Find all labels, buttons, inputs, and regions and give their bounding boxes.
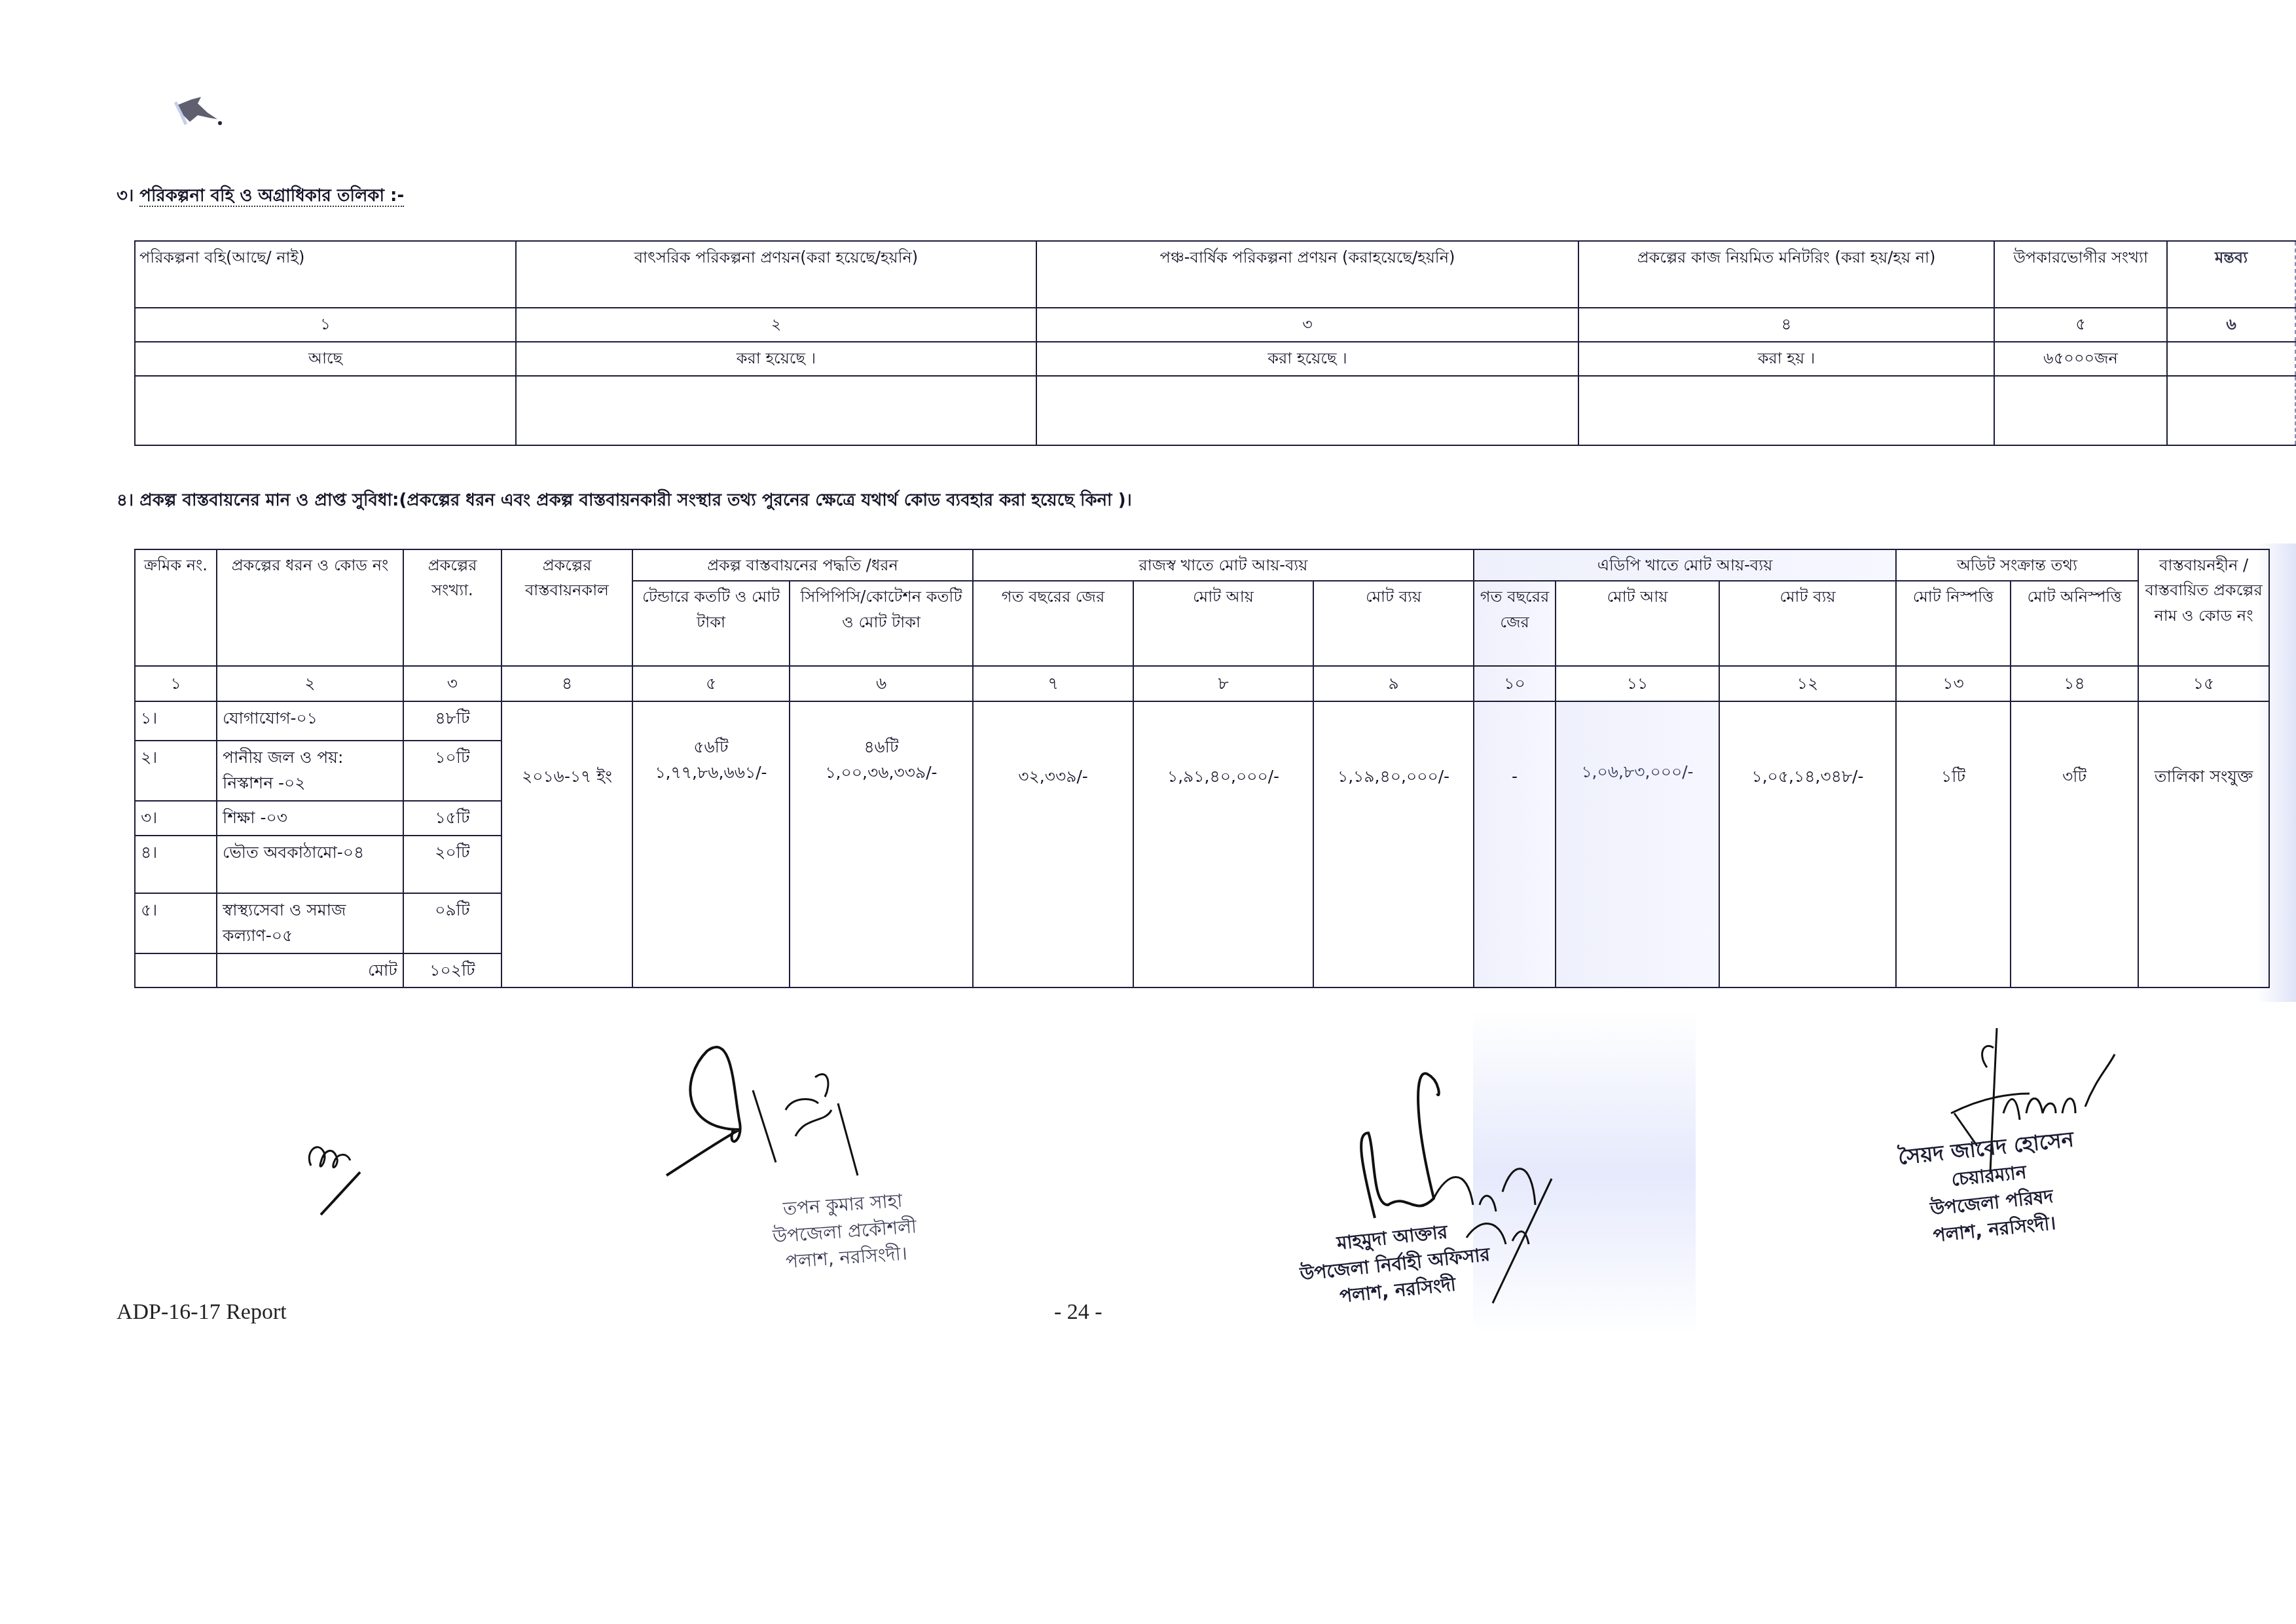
header-five-year-plan: পঞ্চ-বার্ষিক পরিকল্পনা প্রণয়ন (করাহয়েছ… — [1036, 241, 1578, 308]
value-remarks — [2167, 342, 2295, 376]
blank-cell — [135, 376, 516, 445]
header-rev-expense: মোট ব্যয় — [1313, 581, 1474, 666]
value-monitoring: করা হয় । — [1578, 342, 1994, 376]
blank-cell — [1994, 376, 2167, 445]
header-method-group: প্রকল্প বাস্তবায়নের পদ্ধতি /ধরন — [632, 549, 973, 581]
header-ppc: সিপিপিসি/কোটেশন কতটি ও মোট টাকা — [790, 581, 973, 666]
row-type-code: ভৌত অবকাঠামো-০৪ — [217, 836, 403, 893]
col-num: ১১ — [1556, 666, 1719, 701]
col-num: ৪ — [1578, 308, 1994, 342]
col-num: ৯ — [1313, 666, 1474, 701]
col-num: ৪ — [501, 666, 632, 701]
row-count: ১৫টি — [403, 801, 501, 836]
section3-number: ৩। — [117, 186, 134, 206]
ppc-value: ৪৬টি ১,০০,৩৬,৩৩৯/- — [790, 701, 973, 987]
value-planning-book: আছে — [135, 342, 516, 376]
row-serial: ৩। — [135, 801, 217, 836]
rev-prev-balance-value: ৩২,৩৩৯/- — [973, 701, 1133, 987]
engineer-signature — [661, 1038, 1002, 1191]
header-unimplemented: বাস্তবায়নহীন /বাস্তবায়িত প্রকল্পের নাম… — [2138, 549, 2269, 666]
section3-title-text: পরিকল্পনা বহি ও অগ্রাধিকার তলিকা :- — [139, 186, 404, 207]
col-num: ১ — [135, 666, 217, 701]
rev-expense-value: ১,১৯,৪০,০০০/- — [1313, 701, 1474, 987]
header-adp-income: মোট আয় — [1556, 581, 1719, 666]
header-planning-book: পরিকল্পনা বহি(আছে/ নাই) — [135, 241, 516, 308]
col-num: ৬ — [2167, 308, 2295, 342]
col-num: ৫ — [1994, 308, 2167, 342]
row-type-code: স্বাস্থ্যসেবা ও সমাজ কল্যাণ-০৫ — [217, 893, 403, 953]
footer-report-name: ADP-16-17 Report — [117, 1300, 287, 1325]
signature-scribble-icon — [661, 1038, 1002, 1189]
header-period: প্রকল্পের বাস্তবায়নকাল — [501, 549, 632, 666]
period-text: ২০১৬-১৭ ইং — [522, 767, 612, 786]
row-serial: ১। — [135, 701, 217, 741]
header-revenue-group: রাজস্ব খাতে মোট আয়-ব্যয় — [973, 549, 1474, 581]
value-five-year-plan: করা হয়েছে । — [1036, 342, 1578, 376]
table-header-row: পরিকল্পনা বহি(আছে/ নাই) বাৎসরিক পরিকল্পন… — [135, 241, 2295, 308]
tender-amount: ১,৭৭,৮৬,৬৬১/- — [638, 760, 784, 786]
col-num: ১০ — [1474, 666, 1556, 701]
row-serial: ৪। — [135, 836, 217, 893]
row-serial: ৫। — [135, 893, 217, 953]
header-beneficiaries: উপকারভোগীর সংখ্যা — [1994, 241, 2167, 308]
header-type-code: প্রকল্পের ধরন ও কোড নং — [217, 549, 403, 666]
header-tender: টেন্ডারে কতটি ও মোট টাকা — [632, 581, 790, 666]
header-audit-unsettled: মোট অনিস্পত্তি — [2011, 581, 2138, 666]
ppc-count: ৪৬টি — [795, 735, 967, 760]
col-num: ৫ — [632, 666, 790, 701]
row-type-code: যোগাযোগ-০১ — [217, 701, 403, 741]
scan-smudge-icon — [172, 93, 230, 139]
col-num: ৩ — [403, 666, 501, 701]
col-num: ১৫ — [2138, 666, 2269, 701]
table-row: ১। যোগাযোগ-০১ ৪৮টি ২০১৬-১৭ ইং ৫৬টি ১,৭৭,… — [135, 701, 2269, 741]
header-audit-group: অডিট সংক্রান্ত তথ্য — [1896, 549, 2138, 581]
value-beneficiaries: ৬৫০০০জন — [1994, 342, 2167, 376]
project-quality-table: ক্রমিক নং. প্রকল্পের ধরন ও কোড নং প্রকল্… — [134, 549, 2270, 988]
col-num: ১২ — [1719, 666, 1896, 701]
header-remarks: মন্তব্য — [2167, 241, 2295, 308]
col-num: ২ — [516, 308, 1036, 342]
col-num: ৮ — [1133, 666, 1313, 701]
blank-cell — [1578, 376, 1994, 445]
header-count: প্রকল্পের সংখ্যা. — [403, 549, 501, 666]
value-annual-plan: করা হয়েছে । — [516, 342, 1036, 376]
chairman-name-block: সৈয়দ জাবেদ হোসেন চেয়ারম্যান উপজেলা পরি… — [1897, 1124, 2084, 1251]
total-count: ১০২টি — [403, 953, 501, 988]
ppc-amount: ১,০০,৩৬,৩৩৯/- — [795, 760, 967, 786]
row-type-code: শিক্ষা -০৩ — [217, 801, 403, 836]
header-annual-plan: বাৎসরিক পরিকল্পনা প্রণয়ন(করা হয়েছে/হয়… — [516, 241, 1036, 308]
engineer-name-block: তপন কুমার সাহা উপজেলা প্রকৌশলী পলাশ, নরস… — [770, 1187, 919, 1276]
col-num: ৬ — [790, 666, 973, 701]
col-num: ৩ — [1036, 308, 1578, 342]
row-count: ৪৮টি — [403, 701, 501, 741]
header-adp-group: এডিপি খাতে মোট আয়-ব্যয় — [1474, 549, 1896, 581]
col-num: ৭ — [973, 666, 1133, 701]
period-value: ২০১৬-১৭ ইং — [501, 701, 632, 987]
col-num: ১ — [135, 308, 516, 342]
column-number-row: ১ ২ ৩ ৪ ৫ ৬ ৭ ৮ ৯ ১০ ১১ ১২ ১৩ ১৪ ১৫ — [135, 666, 2269, 701]
initial-signature — [298, 1126, 396, 1221]
unimplemented-value: তালিকা সংযুক্ত — [2138, 701, 2269, 987]
section3-title: ৩। পরিকল্পনা বহি ও অগ্রাধিকার তলিকা :- — [117, 182, 404, 211]
blank-cell — [516, 376, 1036, 445]
total-serial-blank — [135, 953, 217, 988]
row-count: ২০টি — [403, 836, 501, 893]
audit-settled-value: ১টি — [1896, 701, 2011, 987]
signature-scribble-icon — [298, 1126, 396, 1218]
row-serial: ২। — [135, 741, 217, 801]
blank-cell — [1036, 376, 1578, 445]
adp-income-value: ১,০৬,৮৩,০০০/- — [1556, 701, 1719, 987]
rev-income-value: ১,৯১,৪০,০০০/- — [1133, 701, 1313, 987]
header-monitoring: প্রকল্পের কাজ নিয়মিত মনিটরিং (করা হয়/হ… — [1578, 241, 1994, 308]
planning-book-table: পরিকল্পনা বহি(আছে/ নাই) বাৎসরিক পরিকল্পন… — [134, 240, 2296, 446]
row-count: ১০টি — [403, 741, 501, 801]
header-adp-expense: মোট ব্যয় — [1719, 581, 1896, 666]
tender-value: ৫৬টি ১,৭৭,৮৬,৬৬১/- — [632, 701, 790, 987]
adp-prev-balance-value: - — [1474, 701, 1556, 987]
header-rev-income: মোট আয় — [1133, 581, 1313, 666]
tender-count: ৫৬টি — [638, 735, 784, 760]
audit-unsettled-value: ৩টি — [2011, 701, 2138, 987]
table-row: আছে করা হয়েছে । করা হয়েছে । করা হয় । … — [135, 342, 2295, 376]
blank-cell — [2167, 376, 2295, 445]
blank-row — [135, 376, 2295, 445]
col-num: ১৩ — [1896, 666, 2011, 701]
col-num: ২ — [217, 666, 403, 701]
col-num: ১৪ — [2011, 666, 2138, 701]
footer-page-number: - 24 - — [1054, 1300, 1102, 1325]
total-label: মোট — [217, 953, 403, 988]
row-type-code: পানীয় জল ও পয়: নিস্কাশন -০২ — [217, 741, 403, 801]
header-audit-settled: মোট নিস্পত্তি — [1896, 581, 2011, 666]
section4-title: ৪। প্রকল্প বাস্তবায়নের মান ও প্রাপ্ত সু… — [117, 487, 1132, 515]
header-serial: ক্রমিক নং. — [135, 549, 217, 666]
header-adp-prev-balance: গত বছরের জের — [1474, 581, 1556, 666]
table-header-row: ক্রমিক নং. প্রকল্পের ধরন ও কোড নং প্রকল্… — [135, 549, 2269, 581]
row-count: ০৯টি — [403, 893, 501, 953]
header-rev-prev-balance: গত বছরের জের — [973, 581, 1133, 666]
column-number-row: ১ ২ ৩ ৪ ৫ ৬ — [135, 308, 2295, 342]
adp-expense-value: ১,০৫,১৪,৩৪৮/- — [1719, 701, 1896, 987]
